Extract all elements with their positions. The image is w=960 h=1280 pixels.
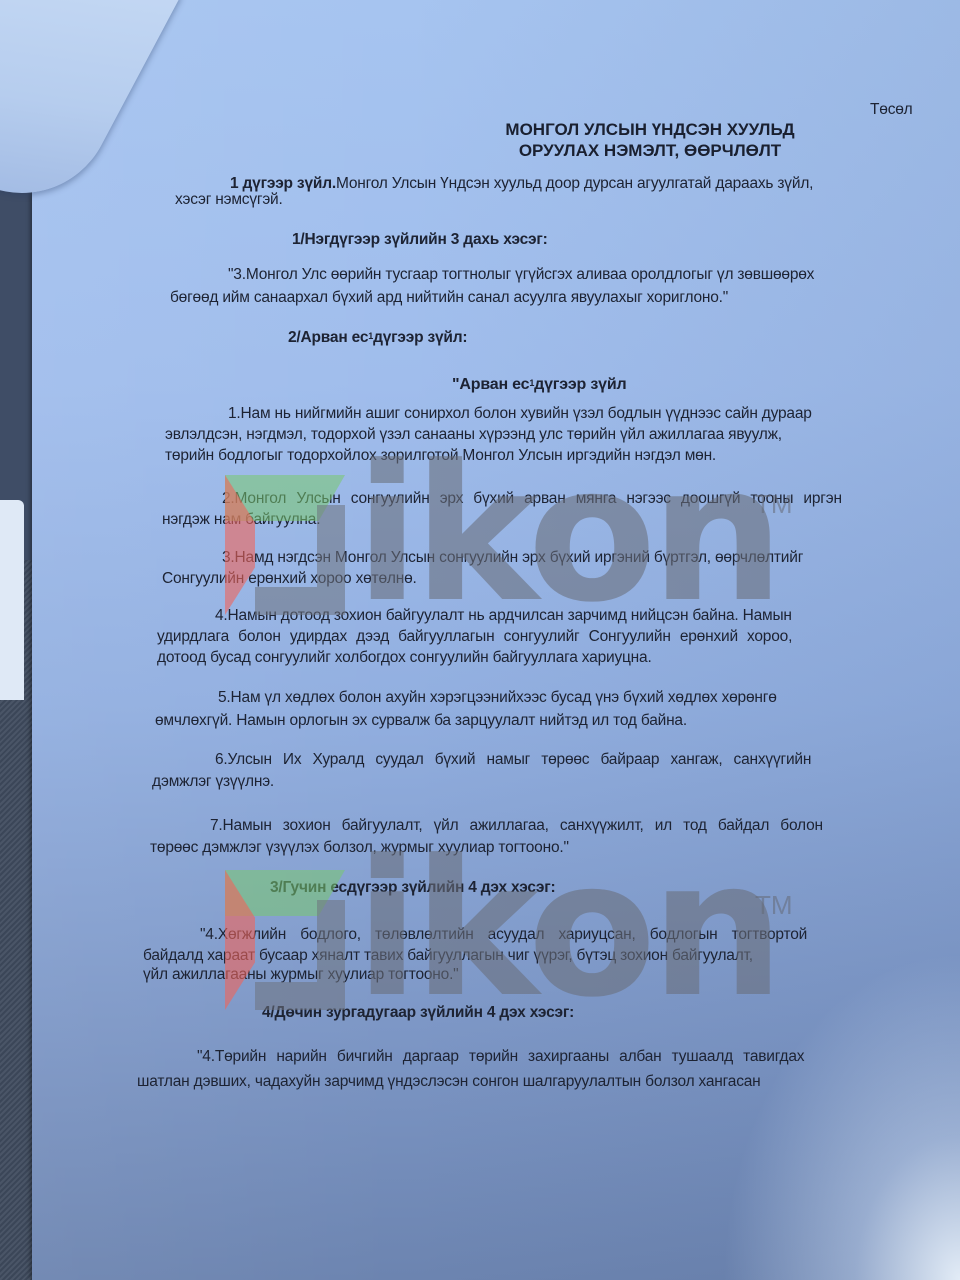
section3-line2: байдалд хараат бусаар хяналт тавих байгу… [143, 946, 753, 966]
item5-line2: өмчлөхгүй. Намын орлогын эх сурвалж ба з… [155, 711, 687, 731]
section1-line1: "3.Монгол Улс өөрийн тусгаар тогтнолыг ү… [228, 265, 814, 285]
section4-line2: шатлан дэвших, чадахуйн зарчимд үндэслэс… [137, 1072, 761, 1092]
section4-line1: "4.Төрийн нарийн бичгийн даргаар төрийн … [197, 1047, 804, 1067]
article1-text: Монгол Улсын Үндсэн хуульд доор дурсан а… [336, 175, 813, 192]
article1-line2: хэсэг нэмсүгэй. [175, 190, 283, 210]
section2-subheading-post: дүгээр зүйл [534, 376, 626, 393]
section2-subheading: "Арван ес1дүгээр зүйл [452, 375, 626, 395]
section1-heading: 1/Нэгдүгээр зүйлийн 3 дахь хэсэг: [292, 230, 548, 250]
section3-line3: үйл ажиллагааны журмыг хуулиар тогтооно.… [143, 965, 458, 985]
section2-heading: 2/Арван ес1дүгээр зүйл: [288, 328, 467, 348]
item1-line1: 1.Нам нь нийгмийн ашиг сонирхол болон ху… [228, 404, 812, 424]
item7-line2: төрөөс дэмжлэг үзүүлэх болзол, журмыг ху… [150, 838, 569, 858]
section2-subheading-pre: "Арван ес [452, 376, 529, 393]
item6-line1: 6.Улсын Их Хуралд суудал бүхий намыг төр… [215, 750, 811, 770]
item4-line3: дотоод бусад сонгуулийг холбогдох сонгуу… [157, 648, 652, 668]
item4-line1: 4.Намын дотоод зохион байгуулалт нь ардч… [215, 606, 792, 626]
document-title-line2: ОРУУЛАХ НЭМЭЛТ, ӨӨРЧЛӨЛТ [380, 141, 920, 160]
item7-line1: 7.Намын зохион байгуулалт, үйл ажиллагаа… [210, 816, 823, 836]
item2-line1: 2.Монгол Улсын сонгуулийн эрх бүхий арва… [222, 489, 842, 509]
item1-line2: эвлэлдсэн, нэгдмэл, тодорхой үзэл санаан… [165, 425, 782, 445]
item5-line1: 5.Нам үл хөдлөх болон ахуйн хэрэгцээнийх… [218, 688, 777, 708]
item4-line2: удирдлага болон удирдах дээд байгууллагы… [157, 627, 792, 647]
item6-line2: дэмжлэг үзүүлнэ. [152, 772, 274, 792]
section4-heading: 4/Дөчин зургадугаар зүйлийн 4 дэх хэсэг: [262, 1003, 574, 1023]
section2-heading-sup: 1 [368, 331, 373, 341]
section2-heading-pre: 2/Арван ес [288, 329, 368, 346]
draft-label: Төсөл [870, 100, 913, 120]
stacked-paper-edge [0, 500, 24, 700]
item3-line2: Сонгуулийн ерөнхий хороо хөтөлнө. [162, 569, 417, 589]
section2-heading-post: дүгээр зүйл: [373, 329, 467, 346]
item3-line1: 3.Намд нэгдсэн Монгол Улсын сонгуулийн э… [222, 548, 803, 568]
section3-heading: 3/Гучин есдүгээр зүйлийн 4 дэх хэсэг: [270, 878, 555, 898]
item2-line2: нэгдэж нам байгуулна. [162, 510, 320, 530]
document-title-line1: МОНГОЛ УЛСЫН ҮНДСЭН ХУУЛЬД [380, 120, 920, 139]
article1-intro: 1 дүгээр зүйл.Монгол Улсын Үндсэн хуульд… [230, 174, 813, 194]
section3-line1: "4.Хөгжлийн бодлого, төлөвлөлтийн асууда… [200, 925, 807, 945]
item1-line3: төрийн бодлогыг тодорхойлох зорилготой М… [165, 446, 716, 466]
section2-subheading-sup: 1 [529, 378, 534, 388]
section1-line2: бөгөөд ийм санаархал бүхий ард нийтийн с… [170, 288, 728, 308]
